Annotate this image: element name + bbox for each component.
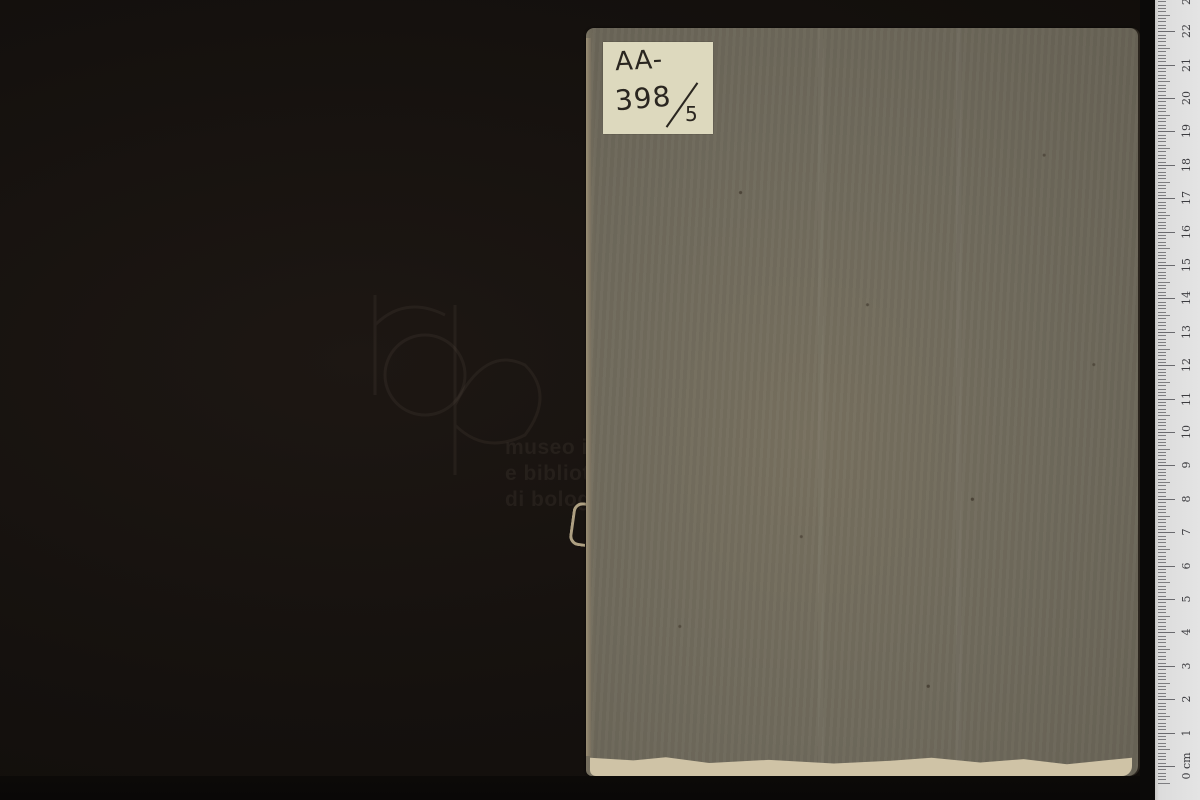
ruler-tick xyxy=(1158,282,1170,283)
ruler-tick xyxy=(1158,395,1166,396)
ruler-tick xyxy=(1158,666,1175,667)
ruler-tick xyxy=(1158,679,1166,680)
ruler-tick xyxy=(1158,559,1166,560)
ruler-tick xyxy=(1158,352,1166,353)
ruler-tick xyxy=(1158,108,1166,109)
ruler-tick xyxy=(1158,736,1166,737)
ruler-tick xyxy=(1158,582,1170,583)
ruler-tick xyxy=(1158,272,1166,273)
ruler-tick xyxy=(1158,652,1166,653)
ruler-number: 23 xyxy=(1180,0,1194,10)
ruler-tick xyxy=(1158,405,1166,406)
ruler-number: 20 xyxy=(1180,86,1194,110)
ruler-tick xyxy=(1158,512,1166,513)
ruler-tick xyxy=(1158,746,1166,747)
ruler-tick xyxy=(1158,606,1166,607)
ruler-tick xyxy=(1158,121,1166,122)
ruler-tick xyxy=(1158,268,1166,269)
ruler-number: 5 xyxy=(1180,587,1194,611)
ruler-tick xyxy=(1158,489,1166,490)
ruler-tick xyxy=(1158,288,1166,289)
ruler-tick xyxy=(1158,192,1166,193)
ruler-tick xyxy=(1158,28,1166,29)
ruler-tick xyxy=(1158,385,1166,386)
ruler-tick xyxy=(1158,636,1166,637)
ruler-tick xyxy=(1158,21,1166,22)
ruler-tick xyxy=(1158,235,1166,236)
ruler-number: 10 xyxy=(1180,420,1194,444)
ruler-tick xyxy=(1158,465,1175,466)
ruler-tick xyxy=(1158,579,1166,580)
ruler-tick xyxy=(1158,365,1175,366)
ruler-tick xyxy=(1158,81,1170,82)
ruler-tick xyxy=(1158,769,1166,770)
ruler-tick xyxy=(1158,502,1166,503)
ruler-tick xyxy=(1158,733,1175,734)
ruler-tick xyxy=(1158,539,1166,540)
ruler-tick xyxy=(1158,41,1166,42)
ruler-tick xyxy=(1158,302,1166,303)
ruler-tick xyxy=(1158,656,1166,657)
ruler-number: 3 xyxy=(1180,654,1194,678)
ruler-tick xyxy=(1158,355,1166,356)
ruler-tick xyxy=(1158,115,1170,116)
ruler-tick xyxy=(1158,118,1166,119)
ruler-tick xyxy=(1158,375,1166,376)
ruler-tick xyxy=(1158,776,1166,777)
ruler-tick xyxy=(1158,298,1175,299)
ruler-tick xyxy=(1158,749,1170,750)
ruler-tick xyxy=(1158,492,1166,493)
ruler-tick xyxy=(1158,609,1166,610)
ruler-tick xyxy=(1158,399,1175,400)
ruler-tick xyxy=(1158,158,1166,159)
ruler-tick xyxy=(1158,536,1166,537)
ruler-tick xyxy=(1158,696,1166,697)
ruler-tick xyxy=(1158,639,1166,640)
ruler-tick xyxy=(1158,315,1170,316)
ruler-number: 19 xyxy=(1180,119,1194,143)
centimetre-ruler: 0 cm 12345678910111213141516171819202122… xyxy=(1155,0,1200,800)
ruler-tick xyxy=(1158,322,1166,323)
ruler-tick xyxy=(1158,412,1166,413)
ruler-tick xyxy=(1158,659,1166,660)
ruler-tick xyxy=(1158,312,1166,313)
label-suffix: 5 xyxy=(685,102,698,126)
ruler-tick xyxy=(1158,238,1166,239)
ruler-tick xyxy=(1158,783,1170,784)
ruler-number: 17 xyxy=(1180,186,1194,210)
ruler-tick xyxy=(1158,763,1166,764)
ruler-tick xyxy=(1158,242,1166,243)
ruler-tick xyxy=(1158,439,1166,440)
ruler-tick xyxy=(1158,332,1175,333)
ruler-tick xyxy=(1158,449,1170,450)
ruler-tick xyxy=(1158,369,1166,370)
ruler-number: 21 xyxy=(1180,53,1194,77)
ruler-number: 9 xyxy=(1180,453,1194,477)
ruler-tick xyxy=(1158,549,1170,550)
ruler-tick xyxy=(1158,686,1166,687)
ruler-tick xyxy=(1158,586,1166,587)
ruler-tick xyxy=(1158,151,1166,152)
ruler-tick xyxy=(1158,642,1166,643)
ruler-tick xyxy=(1158,349,1170,350)
ruler-tick xyxy=(1158,622,1166,623)
ruler-tick xyxy=(1158,743,1166,744)
ruler-tick xyxy=(1158,55,1166,56)
ruler-tick xyxy=(1158,509,1166,510)
ruler-tick xyxy=(1158,663,1166,664)
ruler-tick xyxy=(1158,716,1170,717)
ruler-tick xyxy=(1158,275,1166,276)
ruler-tick xyxy=(1158,693,1166,694)
ruler-tick xyxy=(1158,295,1166,296)
ruler-tick xyxy=(1158,556,1166,557)
ruler-tick xyxy=(1158,1,1166,2)
ruler-number: 18 xyxy=(1180,153,1194,177)
ruler-tick xyxy=(1158,552,1166,553)
ruler-tick xyxy=(1158,445,1166,446)
ruler-tick xyxy=(1158,155,1166,156)
ruler-number: 11 xyxy=(1180,387,1194,411)
ruler-tick xyxy=(1158,482,1170,483)
ruler-tick xyxy=(1158,616,1170,617)
ruler-tick xyxy=(1158,212,1166,213)
ruler-tick xyxy=(1158,602,1166,603)
ruler-tick xyxy=(1158,546,1166,547)
ruler-tick xyxy=(1158,292,1166,293)
ruler-number: 4 xyxy=(1180,620,1194,644)
ruler-tick xyxy=(1158,779,1166,780)
ruler-tick xyxy=(1158,773,1166,774)
ruler-tick xyxy=(1158,442,1166,443)
ruler-tick xyxy=(1158,699,1175,700)
ruler-tick xyxy=(1158,318,1166,319)
ruler-tick xyxy=(1158,111,1166,112)
ruler-tick xyxy=(1158,131,1175,132)
ruler-number: 14 xyxy=(1180,286,1194,310)
ruler-tick xyxy=(1158,91,1166,92)
ruler-shadow xyxy=(1140,0,1156,800)
ruler-tick xyxy=(1158,459,1166,460)
ruler-unit-label: 0 cm xyxy=(1180,749,1194,783)
ruler-tick xyxy=(1158,38,1166,39)
ruler-tick xyxy=(1158,58,1166,59)
ruler-tick xyxy=(1158,649,1170,650)
ruler-tick xyxy=(1158,719,1166,720)
ruler-number: 2 xyxy=(1180,687,1194,711)
ruler-tick xyxy=(1158,542,1166,543)
ruler-tick xyxy=(1158,285,1166,286)
ruler-tick xyxy=(1158,185,1166,186)
ruler-number: 12 xyxy=(1180,353,1194,377)
ruler-tick xyxy=(1158,175,1166,176)
ruler-tick xyxy=(1158,469,1166,470)
ruler-tick xyxy=(1158,726,1166,727)
ruler-tick xyxy=(1158,526,1166,527)
watermark-logo-icon xyxy=(365,285,565,485)
ruler-tick xyxy=(1158,632,1175,633)
ruler-tick xyxy=(1158,101,1166,102)
ruler-tick xyxy=(1158,669,1166,670)
ruler-number: 6 xyxy=(1180,554,1194,578)
ruler-tick xyxy=(1158,342,1166,343)
ruler-tick xyxy=(1158,619,1166,620)
ruler-tick xyxy=(1158,389,1166,390)
ruler-tick xyxy=(1158,516,1170,517)
ruler-tick xyxy=(1158,626,1166,627)
ruler-tick xyxy=(1158,245,1166,246)
ruler-tick xyxy=(1158,18,1166,19)
ruler-tick xyxy=(1158,646,1166,647)
ruler-tick xyxy=(1158,255,1166,256)
spine-edge xyxy=(586,38,591,756)
ruler-tick xyxy=(1158,676,1166,677)
ruler-tick xyxy=(1158,723,1166,724)
ruler-tick xyxy=(1158,335,1166,336)
ruler-tick xyxy=(1158,506,1166,507)
ruler-tick xyxy=(1158,576,1166,577)
ruler-tick xyxy=(1158,452,1166,453)
ruler-tick xyxy=(1158,148,1170,149)
ruler-tick xyxy=(1158,329,1166,330)
ruler-tick xyxy=(1158,65,1175,66)
ruler-tick xyxy=(1158,308,1166,309)
label-number: 398 xyxy=(614,80,673,118)
ruler-tick xyxy=(1158,435,1166,436)
ruler-tick xyxy=(1158,419,1166,420)
ruler-tick xyxy=(1158,345,1166,346)
ruler-tick xyxy=(1158,51,1166,52)
ruler-tick xyxy=(1158,359,1166,360)
ruler-tick xyxy=(1158,392,1166,393)
ruler-tick xyxy=(1158,278,1166,279)
ruler-tick xyxy=(1158,232,1175,233)
ruler-tick xyxy=(1158,529,1166,530)
ruler-tick xyxy=(1158,205,1166,206)
ruler-tick xyxy=(1158,532,1175,533)
ruler-tick xyxy=(1158,409,1166,410)
ruler-tick xyxy=(1158,225,1166,226)
ruler-tick xyxy=(1158,178,1166,179)
ruler-tick xyxy=(1158,188,1166,189)
ruler-tick xyxy=(1158,95,1166,96)
ruler-tick xyxy=(1158,569,1166,570)
ruler-tick xyxy=(1158,589,1166,590)
ruler-tick xyxy=(1158,739,1166,740)
ruler-tick xyxy=(1158,71,1166,72)
ruler-number: 8 xyxy=(1180,487,1194,511)
ruler-tick xyxy=(1158,305,1166,306)
ruler-tick xyxy=(1158,68,1166,69)
ruler-tick xyxy=(1158,599,1175,600)
ruler-tick xyxy=(1158,141,1166,142)
ruler-tick xyxy=(1158,208,1166,209)
ruler-tick xyxy=(1158,362,1166,363)
ruler-tick xyxy=(1158,485,1166,486)
ruler-tick xyxy=(1158,228,1166,229)
ruler-tick xyxy=(1158,195,1166,196)
ruler-number: 15 xyxy=(1180,253,1194,277)
paper-texture xyxy=(586,28,1138,776)
ruler-tick xyxy=(1158,11,1166,12)
ruler-tick xyxy=(1158,429,1166,430)
label-prefix: AA- xyxy=(614,45,664,77)
ruler-tick xyxy=(1158,339,1166,340)
scanner-bed-edge xyxy=(0,776,1155,800)
ruler-tick xyxy=(1158,88,1166,89)
ruler-tick xyxy=(1158,372,1166,373)
ruler-tick xyxy=(1158,182,1170,183)
ruler-number: 1 xyxy=(1180,721,1194,745)
ruler-tick xyxy=(1158,756,1166,757)
ruler-tick xyxy=(1158,572,1166,573)
ruler-tick xyxy=(1158,689,1166,690)
ruler-tick xyxy=(1158,215,1170,216)
ruler-tick xyxy=(1158,382,1170,383)
ruler-tick xyxy=(1158,222,1166,223)
ruler-tick xyxy=(1158,248,1170,249)
ruler-number: 16 xyxy=(1180,220,1194,244)
ruler-number: 7 xyxy=(1180,520,1194,544)
ruler-tick xyxy=(1158,31,1175,32)
ruler-tick xyxy=(1158,709,1166,710)
ruler-tick xyxy=(1158,218,1166,219)
ruler-tick xyxy=(1158,265,1175,266)
ruler-tick xyxy=(1158,379,1166,380)
ruler-tick xyxy=(1158,25,1166,26)
ruler-tick xyxy=(1158,566,1175,567)
ruler-tick xyxy=(1158,455,1166,456)
ruler-tick xyxy=(1158,425,1166,426)
ruler-tick xyxy=(1158,596,1166,597)
ruler-tick xyxy=(1158,48,1170,49)
ruler-tick xyxy=(1158,8,1166,9)
ruler-tick xyxy=(1158,128,1166,129)
ruler-tick xyxy=(1158,479,1166,480)
ruler-tick xyxy=(1158,703,1166,704)
ruler-tick xyxy=(1158,729,1166,730)
booklet-cover xyxy=(586,28,1138,776)
ruler-tick xyxy=(1158,432,1175,433)
ruler-tick xyxy=(1158,562,1166,563)
ruler-tick xyxy=(1158,15,1170,16)
ruler-tick xyxy=(1158,472,1166,473)
ruler-tick xyxy=(1158,172,1166,173)
ruler-tick xyxy=(1158,252,1166,253)
ruler-tick xyxy=(1158,713,1166,714)
ruler-tick xyxy=(1158,519,1166,520)
ruler-tick xyxy=(1158,258,1166,259)
ruler-tick xyxy=(1158,402,1166,403)
ruler-number: 13 xyxy=(1180,320,1194,344)
ruler-tick xyxy=(1158,592,1166,593)
shelfmark-label: AA- 398 5 xyxy=(603,42,713,134)
ruler-tick xyxy=(1158,766,1175,767)
ruler-tick xyxy=(1158,138,1166,139)
ruler-tick xyxy=(1158,85,1166,86)
ruler-tick xyxy=(1158,629,1166,630)
ruler-number: 22 xyxy=(1180,19,1194,43)
ruler-tick xyxy=(1158,325,1166,326)
ruler-tick xyxy=(1158,673,1166,674)
ruler-tick xyxy=(1158,262,1166,263)
ruler-tick xyxy=(1158,75,1166,76)
ruler-tick xyxy=(1158,198,1175,199)
ruler-tick xyxy=(1158,415,1170,416)
ruler-tick xyxy=(1158,202,1166,203)
ruler-tick xyxy=(1158,78,1166,79)
ruler-tick xyxy=(1158,105,1166,106)
ruler-tick xyxy=(1158,462,1166,463)
ruler-tick xyxy=(1158,135,1166,136)
ruler-tick xyxy=(1158,683,1170,684)
ruler-tick xyxy=(1158,496,1166,497)
ruler-tick xyxy=(1158,753,1166,754)
ruler-tick xyxy=(1158,145,1166,146)
ruler-tick xyxy=(1158,45,1166,46)
ruler-tick xyxy=(1158,125,1166,126)
ruler-tick xyxy=(1158,165,1175,166)
ruler-tick xyxy=(1158,706,1166,707)
ruler-tick xyxy=(1158,759,1166,760)
ruler-tick xyxy=(1158,35,1166,36)
ruler-tick xyxy=(1158,98,1175,99)
ruler-tick xyxy=(1158,612,1166,613)
ruler-tick xyxy=(1158,522,1166,523)
ruler-tick xyxy=(1158,475,1166,476)
ruler-tick xyxy=(1158,499,1175,500)
ruler-tick xyxy=(1158,168,1166,169)
ruler-tick xyxy=(1158,5,1166,6)
ruler-tick xyxy=(1158,61,1166,62)
ruler-tick xyxy=(1158,422,1166,423)
ruler-tick xyxy=(1158,162,1166,163)
photo-stage: museo internazionale e biblioteca della … xyxy=(0,0,1200,800)
